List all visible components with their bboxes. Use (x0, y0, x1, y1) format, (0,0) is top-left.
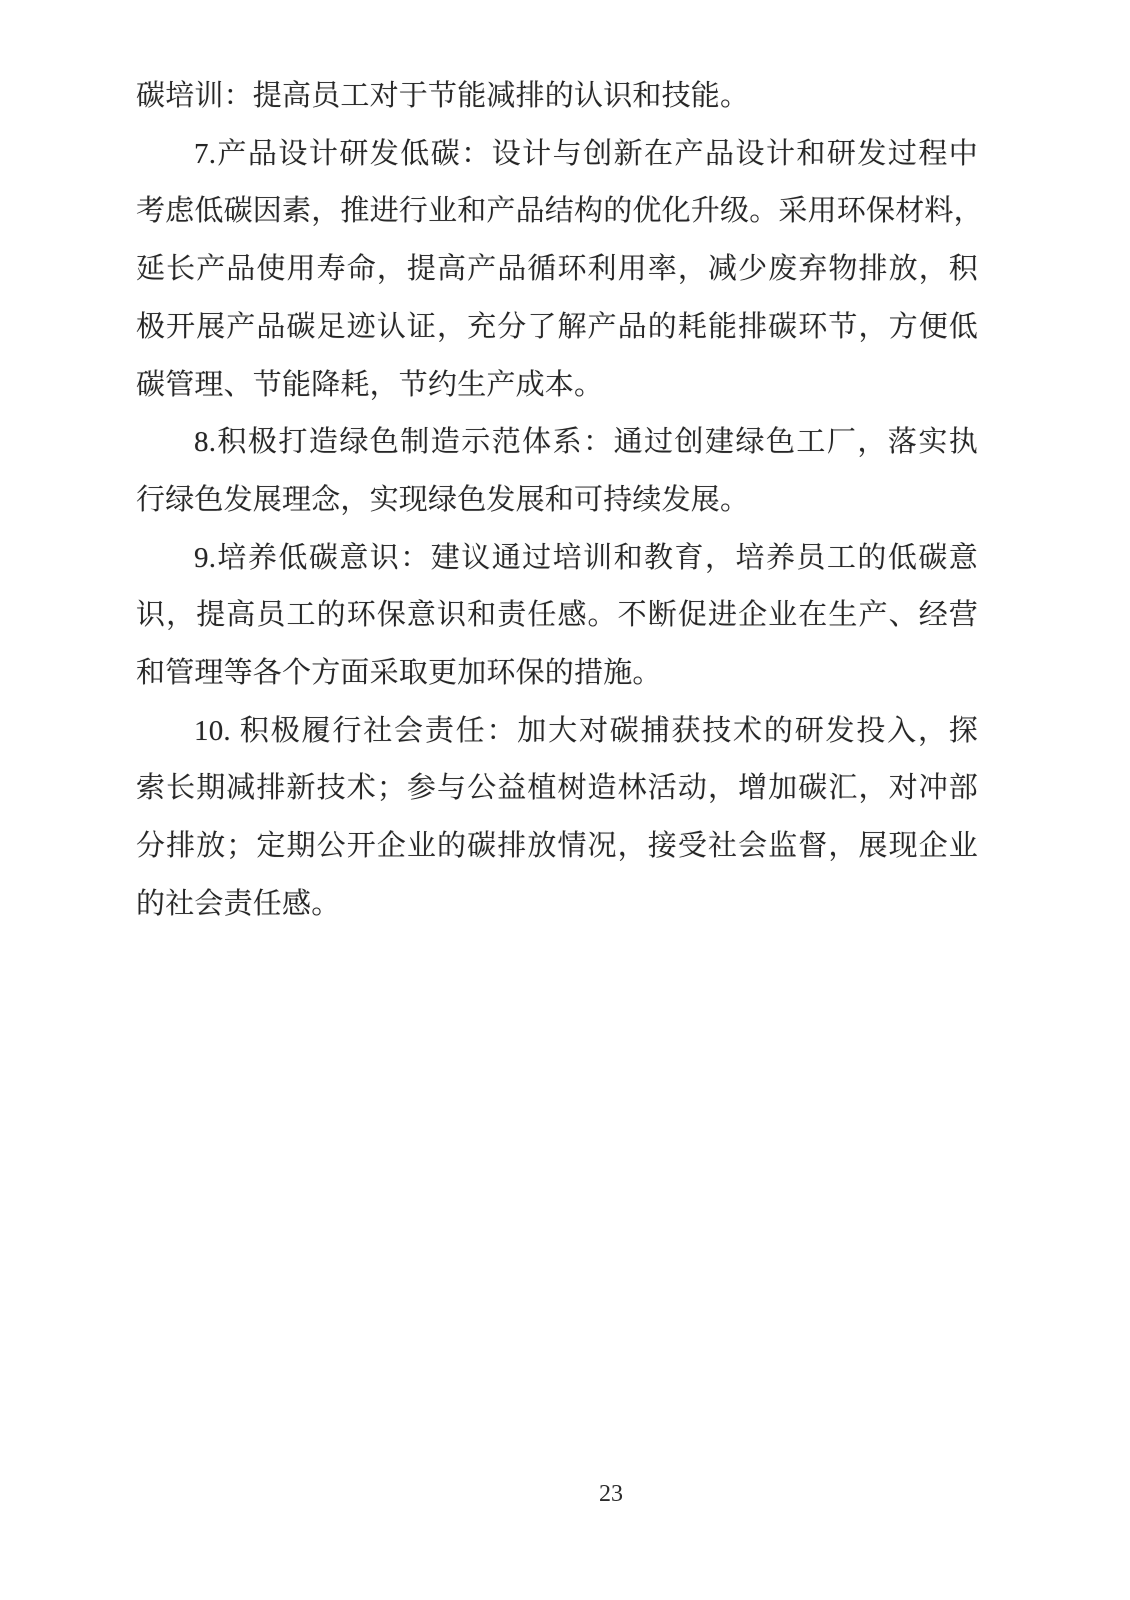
text-line: 10. 积极履行社会责任：加大对碳捕获技术的研发投入，探 (136, 703, 978, 761)
document-body: 碳培训：提高员工对于节能减排的认识和技能。 7.产品设计研发低碳：设计与创新在产… (136, 68, 978, 934)
text-line: 考虑低碳因素，推进行业和产品结构的优化升级。采用环保材料， (136, 183, 978, 241)
text-line: 9.培养低碳意识：建议通过培训和教育，培养员工的低碳意 (136, 530, 978, 588)
paragraph-continued-from-previous-page: 碳培训：提高员工对于节能减排的认识和技能。 (136, 68, 978, 126)
text-line: 分排放；定期公开企业的碳排放情况，接受社会监督，展现企业 (136, 818, 978, 876)
text-line: 的社会责任感。 (136, 876, 978, 934)
text-line: 碳管理、节能降耗，节约生产成本。 (136, 357, 978, 415)
document-page: 碳培训：提高员工对于节能减排的认识和技能。 7.产品设计研发低碳：设计与创新在产… (0, 0, 1130, 1600)
text-line: 碳培训：提高员工对于节能减排的认识和技能。 (136, 68, 978, 126)
page-number: 23 (599, 1479, 623, 1509)
paragraph-item-9: 9.培养低碳意识：建议通过培训和教育，培养员工的低碳意 识，提高员工的环保意识和… (136, 530, 978, 703)
text-line: 7.产品设计研发低碳：设计与创新在产品设计和研发过程中 (136, 126, 978, 184)
text-line: 延长产品使用寿命，提高产品循环利用率，减少废弃物排放，积 (136, 241, 978, 299)
text-line: 极开展产品碳足迹认证，充分了解产品的耗能排碳环节，方便低 (136, 299, 978, 357)
text-line: 行绿色发展理念，实现绿色发展和可持续发展。 (136, 472, 978, 530)
text-line: 索长期减排新技术；参与公益植树造林活动，增加碳汇，对冲部 (136, 760, 978, 818)
paragraph-item-7: 7.产品设计研发低碳：设计与创新在产品设计和研发过程中 考虑低碳因素，推进行业和… (136, 126, 978, 415)
paragraph-item-8: 8.积极打造绿色制造示范体系：通过创建绿色工厂，落实执 行绿色发展理念，实现绿色… (136, 414, 978, 529)
text-line: 8.积极打造绿色制造示范体系：通过创建绿色工厂，落实执 (136, 414, 978, 472)
paragraph-item-10: 10. 积极履行社会责任：加大对碳捕获技术的研发投入，探 索长期减排新技术；参与… (136, 703, 978, 934)
text-line: 识，提高员工的环保意识和责任感。不断促进企业在生产、经营 (136, 587, 978, 645)
text-line: 和管理等各个方面采取更加环保的措施。 (136, 645, 978, 703)
